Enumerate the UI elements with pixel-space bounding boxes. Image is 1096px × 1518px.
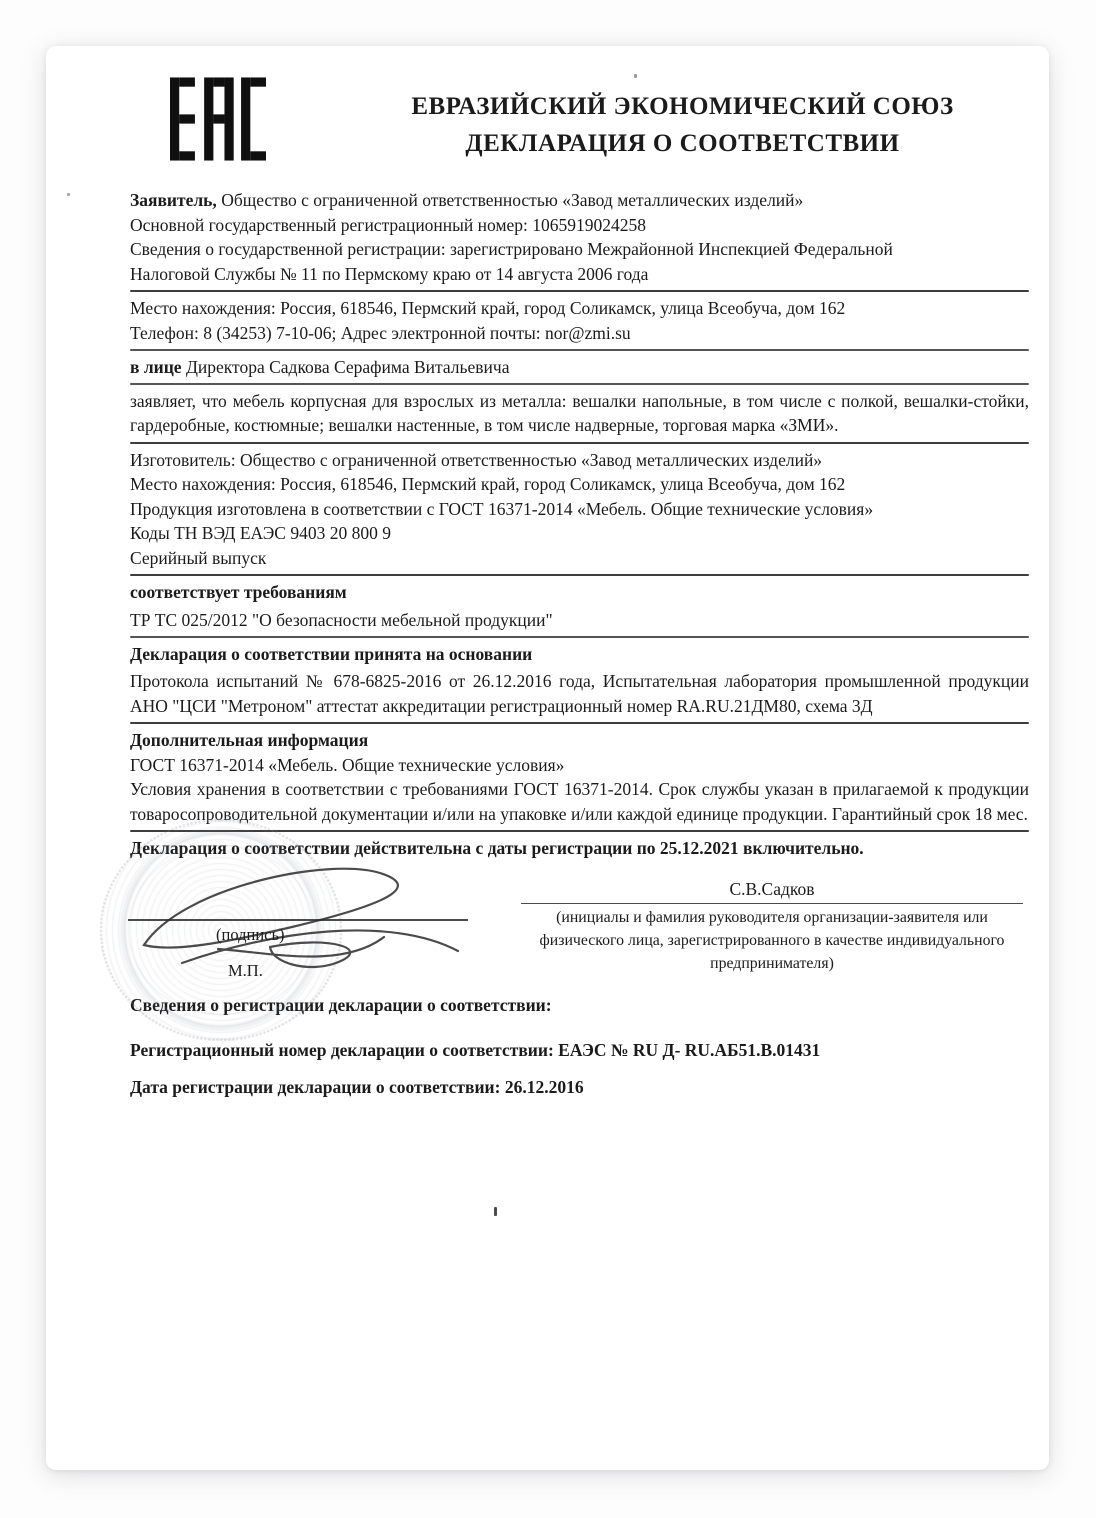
manufacturer-name: Изготовитель: Общество с ограниченной от… (130, 448, 1029, 473)
title-line-declaration: ДЕКЛАРАЦИЯ О СООТВЕТСТВИИ (336, 125, 1029, 162)
manufacturer-tnved-code: Коды ТН ВЭД ЕАЭС 9403 20 800 9 (130, 521, 1029, 546)
applicant-person-block: в лице Директора Садкова Серафима Виталь… (130, 355, 1029, 380)
signature-line (128, 919, 468, 921)
scanned-declaration-screenshot: { "header": { "logo_text": "ЕАС", "title… (0, 0, 1096, 1518)
separator-line (130, 574, 1029, 576)
registration-number: Регистрационный номер декларации о соотв… (130, 1038, 1029, 1063)
basis-text: Протокола испытаний № 678-6825-2016 от 2… (130, 669, 1029, 718)
person-name: Директора Садкова Серафима Витальевича (182, 357, 510, 377)
applicant-registration-1: Сведения о государственной регистрации: … (130, 237, 1029, 262)
stamp-place-caption: М.П. (228, 959, 263, 984)
document-header: ЕВРАЗИЙСКИЙ ЭКОНОМИЧЕСКИЙ СОЮЗ ДЕКЛАРАЦИ… (130, 76, 1029, 162)
additional-storage: Условия хранения в соответствии с требов… (130, 777, 1029, 826)
document-title: ЕВРАЗИЙСКИЙ ЭКОНОМИЧЕСКИЙ СОЮЗ ДЕКЛАРАЦИ… (266, 76, 1029, 162)
separator-line (130, 383, 1029, 385)
signature-block: (подпись) М.П. С.В.Садков (инициалы и фа… (130, 867, 1029, 989)
separator-line (130, 290, 1029, 292)
applicant-label: Заявитель, (130, 190, 217, 210)
basis-heading: Декларация о соответствии принята на осн… (130, 642, 1029, 667)
applicant-block: Заявитель, Общество с ограниченной ответ… (130, 188, 1029, 286)
title-line-union: ЕВРАЗИЙСКИЙ ЭКОНОМИЧЕСКИЙ СОЮЗ (336, 88, 1029, 125)
separator-line (130, 636, 1029, 638)
head-name-caption: (инициалы и фамилия руководителя организ… (521, 906, 1023, 975)
product-statement: заявляет, что мебель корпусная для взрос… (130, 389, 1029, 438)
signature-right-area: С.В.Садков (инициалы и фамилия руководит… (515, 867, 1029, 989)
signature-caption: (подпись) (216, 923, 285, 948)
head-name: С.В.Садков (521, 877, 1023, 902)
separator-line (130, 349, 1029, 351)
separator-line (130, 442, 1029, 444)
head-name-line (521, 903, 1023, 904)
applicant-ogrn: Основной государственный регистрационный… (130, 213, 1029, 238)
registration-date: Дата регистрации декларации о соответств… (130, 1075, 1029, 1100)
applicant-address: Место нахождения: Россия, 618546, Пермск… (130, 296, 1029, 321)
handwritten-signature (122, 853, 482, 971)
scan-speck (494, 1207, 497, 1216)
eac-logo-icon (170, 76, 266, 162)
manufacturer-address: Место нахождения: Россия, 618546, Пермск… (130, 472, 1029, 497)
applicant-registration-2: Налоговой Службы № 11 по Пермскому краю … (130, 262, 1029, 287)
compliance-regulation: ТР ТС 025/2012 "О безопасности мебельной… (130, 608, 1029, 633)
compliance-heading: соответствует требованиям (130, 580, 1029, 605)
applicant-location-block: Место нахождения: Россия, 618546, Пермск… (130, 296, 1029, 345)
signature-left-area: (подпись) М.П. (130, 867, 515, 989)
additional-gost: ГОСТ 16371-2014 «Мебель. Общие техническ… (130, 753, 1029, 778)
applicant-line: Заявитель, Общество с ограниченной ответ… (130, 188, 1029, 213)
applicant-contacts: Телефон: 8 (34253) 7-10-06; Адрес электр… (130, 321, 1029, 346)
document-page: ЕВРАЗИЙСКИЙ ЭКОНОМИЧЕСКИЙ СОЮЗ ДЕКЛАРАЦИ… (46, 46, 1049, 1470)
manufacturer-issue-type: Серийный выпуск (130, 546, 1029, 571)
manufacturer-block: Изготовитель: Общество с ограниченной от… (130, 448, 1029, 571)
applicant-name: Общество с ограниченной ответственностью… (217, 190, 803, 210)
separator-line (130, 722, 1029, 724)
additional-info-heading: Дополнительная информация (130, 728, 1029, 753)
person-label: в лице (130, 357, 182, 377)
manufacturer-gost: Продукция изготовлена в соответствии с Г… (130, 497, 1029, 522)
document-content: ЕВРАЗИЙСКИЙ ЭКОНОМИЧЕСКИЙ СОЮЗ ДЕКЛАРАЦИ… (46, 46, 1049, 1099)
